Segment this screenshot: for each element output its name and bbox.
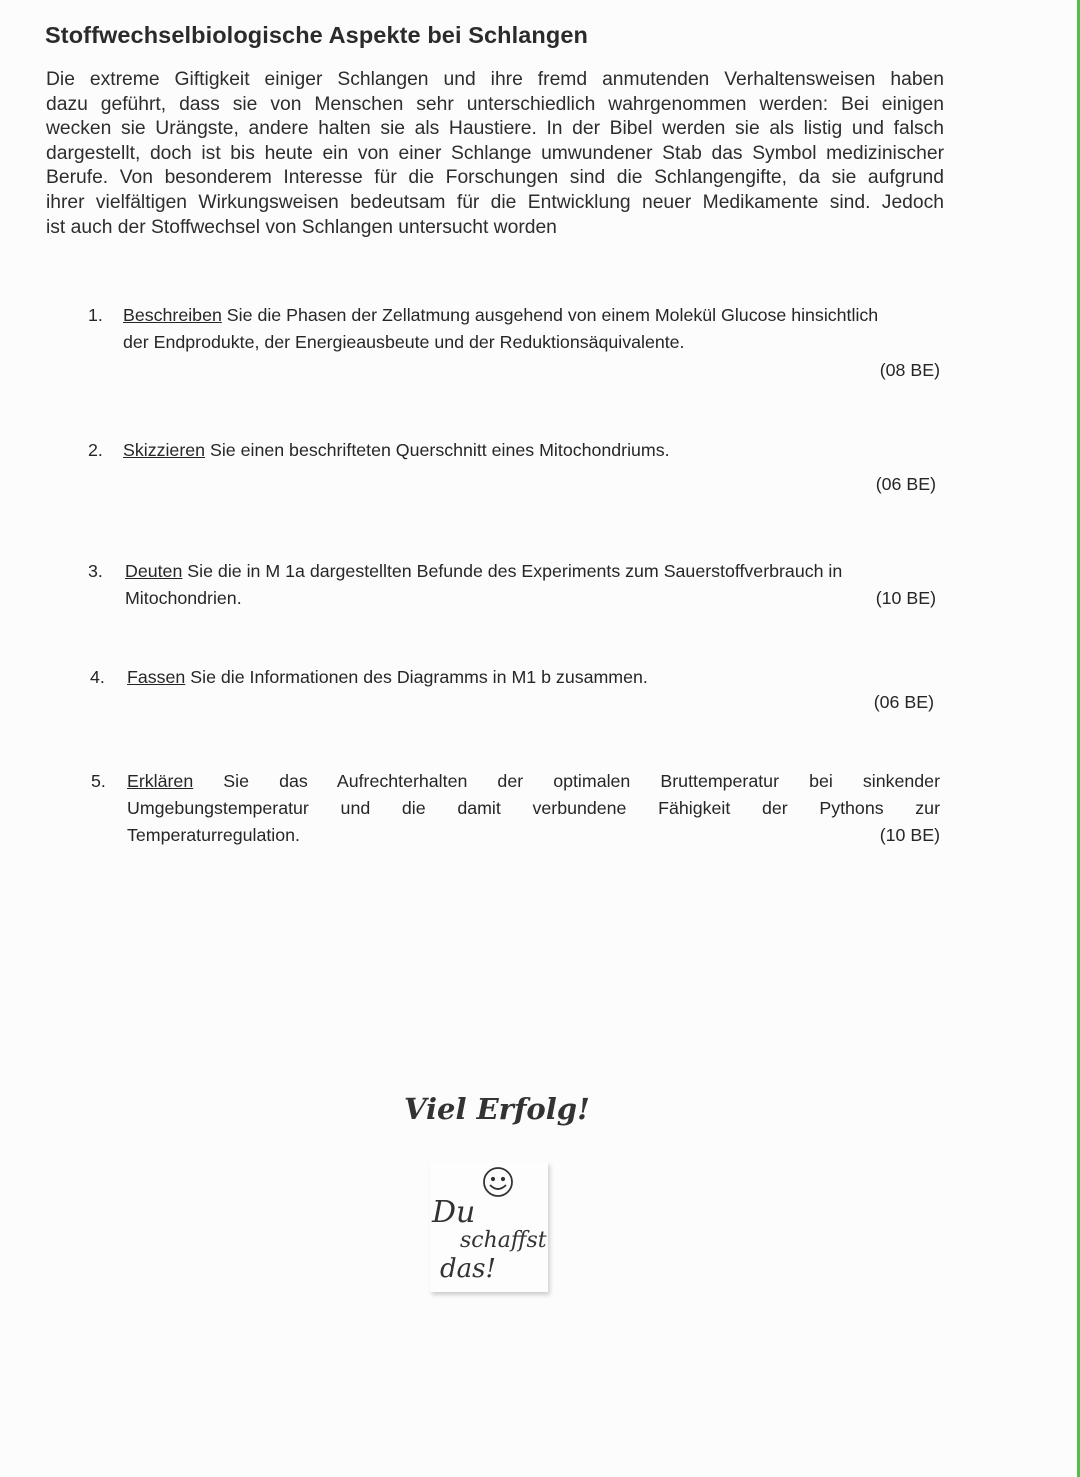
task-3: 3. Deuten Sie die in M 1a dargestellten … (88, 558, 940, 612)
task-text: Sie die Informationen des Diagramms in M… (185, 667, 648, 687)
task-text: Sie die in M 1a dargestellten Befunde de… (182, 561, 842, 581)
task-1: 1. Beschreiben Sie die Phasen der Zellat… (88, 302, 940, 356)
intro-line: Berufe. Von besonderem Interesse für die… (46, 166, 944, 191)
task-score: (10 BE) (876, 585, 936, 612)
intro-line: dargestellt, doch ist bis heute ein von … (46, 142, 944, 167)
task-text: Mitochondrien. (125, 585, 940, 612)
task-text: Sie das Aufrechterhalten der optimalen B… (193, 771, 940, 791)
task-number: 4. (90, 664, 105, 691)
task-verb: Skizzieren (123, 440, 205, 460)
task-verb: Erklären (127, 771, 193, 791)
intro-line: dazu geführt, dass sie von Menschen sehr… (46, 93, 944, 118)
task-number: 1. (88, 302, 103, 329)
task-verb: Deuten (125, 561, 182, 581)
intro-line: ihrer vielfältigen Wirkungsweisen bedeut… (46, 191, 944, 216)
intro-line: ist auch der Stoffwechsel von Schlangen … (46, 216, 944, 241)
svg-text:Du: Du (431, 1195, 475, 1230)
task-score: (10 BE) (880, 822, 940, 849)
task-number: 2. (88, 437, 103, 464)
task-number: 3. (88, 558, 103, 585)
task-verb: Beschreiben (123, 305, 222, 325)
handwritten-note-drawing: Du schaffst das! (410, 1152, 560, 1302)
task-score: (08 BE) (880, 357, 940, 384)
intro-line: wecken sie Urängste, andere halten sie a… (46, 117, 944, 142)
good-luck-text: Viel Erfolg! (404, 1092, 590, 1126)
task-2: 2. Skizzieren Sie einen beschrifteten Qu… (88, 437, 940, 464)
task-text: der Endprodukte, der Energieausbeute und… (123, 329, 940, 356)
smiley-icon (484, 1168, 512, 1196)
task-score: (06 BE) (876, 471, 936, 498)
task-number: 5. (91, 768, 106, 795)
task-text: Umgebungstemperatur und die damit verbun… (127, 795, 940, 822)
svg-text:das!: das! (440, 1254, 496, 1284)
task-verb: Fassen (127, 667, 185, 687)
task-text: Sie einen beschrifteten Querschnitt eine… (205, 440, 670, 460)
task-text: Sie die Phasen der Zellatmung ausgehend … (222, 305, 878, 325)
page-title: Stoffwechselbiologische Aspekte bei Schl… (45, 22, 588, 49)
task-4: 4. Fassen Sie die Informationen des Diag… (88, 664, 940, 691)
intro-paragraph: Die extreme Giftigkeit einiger Schlangen… (46, 68, 944, 240)
svg-text:schaffst: schaffst (460, 1228, 547, 1253)
task-5: 5. Erklären Sie das Aufrechterhalten der… (88, 768, 940, 849)
task-text: Temperaturregulation. (127, 822, 940, 849)
task-score: (06 BE) (874, 689, 934, 716)
encouragement-note: Du schaffst das! (430, 1162, 548, 1292)
intro-line: Die extreme Giftigkeit einiger Schlangen… (46, 68, 944, 93)
